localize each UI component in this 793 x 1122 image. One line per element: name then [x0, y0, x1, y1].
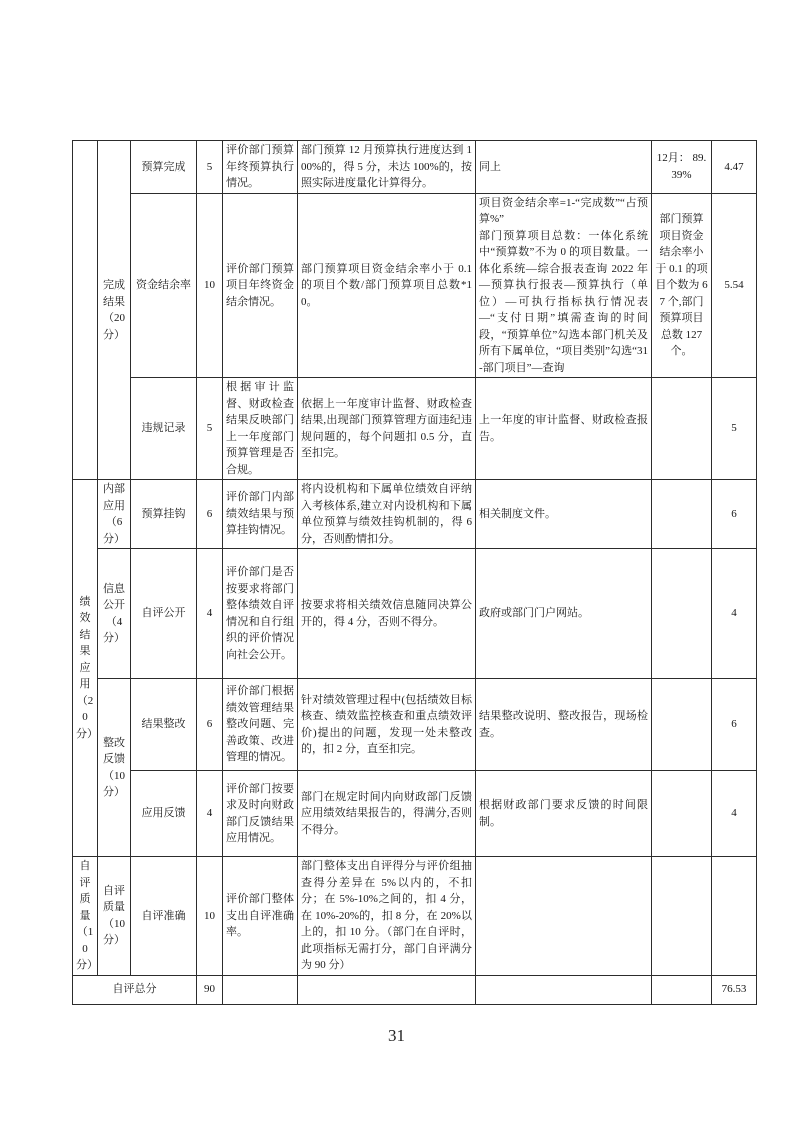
source-cell: 项目资金结余率=1-“完成数”“占预算%” 部门预算项目总数：一体化系统中“预算…: [476, 193, 652, 378]
page-number: 31: [0, 1026, 793, 1046]
category-cell-self-eval-quality: 自评质量（10分）: [98, 857, 131, 976]
category-cell-completion: 完成结果（20分）: [98, 141, 131, 480]
category-cell-internal-application: 内部应用（6分）: [98, 480, 131, 549]
score-cell: 4: [712, 771, 757, 857]
description-cell: 评价部门内部绩效结果与预算挂钩情况。: [223, 480, 298, 549]
weight-cell: 10: [197, 193, 223, 378]
total-weight-cell: 90: [197, 975, 223, 1004]
value-cell: [652, 857, 712, 976]
source-cell: 同上: [476, 141, 652, 194]
indicator-name-cell: 自评公开: [131, 549, 197, 679]
table-row-total: 自评总分 90 76.53: [73, 975, 757, 1004]
weight-cell: 4: [197, 549, 223, 679]
table-row: 绩效结果应用（20分） 内部应用（6分） 预算挂钩 6 评价部门内部绩效结果与预…: [73, 480, 757, 549]
score-cell: 5.54: [712, 193, 757, 378]
table-row: 整改反馈（10分） 结果整改 6 评价部门根据绩效管理结果整改问题、完善政策、改…: [73, 679, 757, 771]
total-label-cell: 自评总分: [73, 975, 197, 1004]
weight-cell: 10: [197, 857, 223, 976]
score-cell: 4: [712, 549, 757, 679]
value-cell: 12月： 89.39%: [652, 141, 712, 194]
empty-cell: [476, 975, 652, 1004]
source-cell: 政府或部门门户网站。: [476, 549, 652, 679]
description-cell: 评价部门根据绩效管理结果整改问题、完善政策、改进管理的情况。: [223, 679, 298, 771]
source-cell: 上一年度的审计监督、财政检查报告。: [476, 378, 652, 480]
description-cell: 评价部门预算项目年终资金结余情况。: [223, 193, 298, 378]
criteria-cell: 部门在规定时间内向财政部门反馈应用绩效结果报告的，得满分,否则不得分。: [298, 771, 476, 857]
empty-cell: [652, 975, 712, 1004]
total-score-cell: 76.53: [712, 975, 757, 1004]
value-cell: [652, 549, 712, 679]
empty-cell: [223, 975, 298, 1004]
table-row: 完成结果（20分） 预算完成 5 评价部门预算年终预算执行情况。 部门预算 12…: [73, 141, 757, 194]
value-cell: [652, 771, 712, 857]
value-cell: [652, 679, 712, 771]
indicator-name-cell: 资金结余率: [131, 193, 197, 378]
score-cell: 6: [712, 480, 757, 549]
criteria-cell: 按要求将相关绩效信息随同决算公开的，得 4 分，否则不得分。: [298, 549, 476, 679]
indicator-name-cell: 预算完成: [131, 141, 197, 194]
description-cell: 评价部门是否按要求将部门整体绩效自评情况和自行组织的评价情况向社会公开。: [223, 549, 298, 679]
evaluation-table: 完成结果（20分） 预算完成 5 评价部门预算年终预算执行情况。 部门预算 12…: [72, 140, 757, 1005]
value-cell: 部门预算项目资金结余率小于 0.1 的项目个数为 67 个,部门预算项目总数 1…: [652, 193, 712, 378]
criteria-cell: 将内设机构和下属单位绩效自评纳入考核体系,建立对内设机构和下属单位预算与绩效挂钩…: [298, 480, 476, 549]
indicator-name-cell: 违规记录: [131, 378, 197, 480]
table-row: 信息公开（4分） 自评公开 4 评价部门是否按要求将部门整体绩效自评情况和自行组…: [73, 549, 757, 679]
criteria-cell: 依据上一年度审计监督、财政检查结果,出现部门预算管理方面违纪违规问题的，每个问题…: [298, 378, 476, 480]
category-cell-rectification-feedback: 整改反馈（10分）: [98, 679, 131, 857]
document-page: 完成结果（20分） 预算完成 5 评价部门预算年终预算执行情况。 部门预算 12…: [0, 0, 793, 1122]
weight-cell: 6: [197, 679, 223, 771]
score-cell: [712, 857, 757, 976]
description-cell: 根据审计监督、财政检查结果反映部门上一年度部门预算管理是否合规。: [223, 378, 298, 480]
description-cell: 评价部门预算年终预算执行情况。: [223, 141, 298, 194]
weight-cell: 5: [197, 141, 223, 194]
empty-cell: [298, 975, 476, 1004]
weight-cell: 5: [197, 378, 223, 480]
score-cell: 6: [712, 679, 757, 771]
indicator-name-cell: 自评准确: [131, 857, 197, 976]
table-row: 自评质量（10分） 自评质量（10分） 自评准确 10 评价部门整体支出自评准确…: [73, 857, 757, 976]
table-row: 应用反馈 4 评价部门按要求及时向财政部门反馈结果应用情况。 部门在规定时间内向…: [73, 771, 757, 857]
value-cell: [652, 480, 712, 549]
weight-cell: 4: [197, 771, 223, 857]
criteria-cell: 部门预算 12 月预算执行进度达到 100%的，得 5 分，未达 100%的，按…: [298, 141, 476, 194]
value-cell: [652, 378, 712, 480]
category-cell-self-eval-quality-left: 自评质量（10分）: [73, 857, 98, 976]
indicator-name-cell: 结果整改: [131, 679, 197, 771]
score-cell: 4.47: [712, 141, 757, 194]
category-cell-empty: [73, 141, 98, 480]
description-cell: 评价部门按要求及时向财政部门反馈结果应用情况。: [223, 771, 298, 857]
indicator-name-cell: 预算挂钩: [131, 480, 197, 549]
criteria-cell: 部门整体支出自评得分与评价组抽查得分差异在 5%以内的，不扣分；在 5%-10%…: [298, 857, 476, 976]
weight-cell: 6: [197, 480, 223, 549]
source-cell: 结果整改说明、整改报告，现场检查。: [476, 679, 652, 771]
criteria-cell: 部门预算项目资金结余率小于 0.1 的项目个数/部门预算项目总数*10。: [298, 193, 476, 378]
criteria-cell: 针对绩效管理过程中(包括绩效目标核查、绩效监控核查和重点绩效评价)提出的问题，发…: [298, 679, 476, 771]
score-cell: 5: [712, 378, 757, 480]
table-row: 资金结余率 10 评价部门预算项目年终资金结余情况。 部门预算项目资金结余率小于…: [73, 193, 757, 378]
source-cell: 相关制度文件。: [476, 480, 652, 549]
category-cell-result-application: 绩效结果应用（20分）: [73, 480, 98, 857]
table-row: 违规记录 5 根据审计监督、财政检查结果反映部门上一年度部门预算管理是否合规。 …: [73, 378, 757, 480]
source-cell: [476, 857, 652, 976]
description-cell: 评价部门整体支出自评准确率。: [223, 857, 298, 976]
source-cell: 根据财政部门要求反馈的时间限制。: [476, 771, 652, 857]
category-cell-info-disclosure: 信息公开（4分）: [98, 549, 131, 679]
indicator-name-cell: 应用反馈: [131, 771, 197, 857]
